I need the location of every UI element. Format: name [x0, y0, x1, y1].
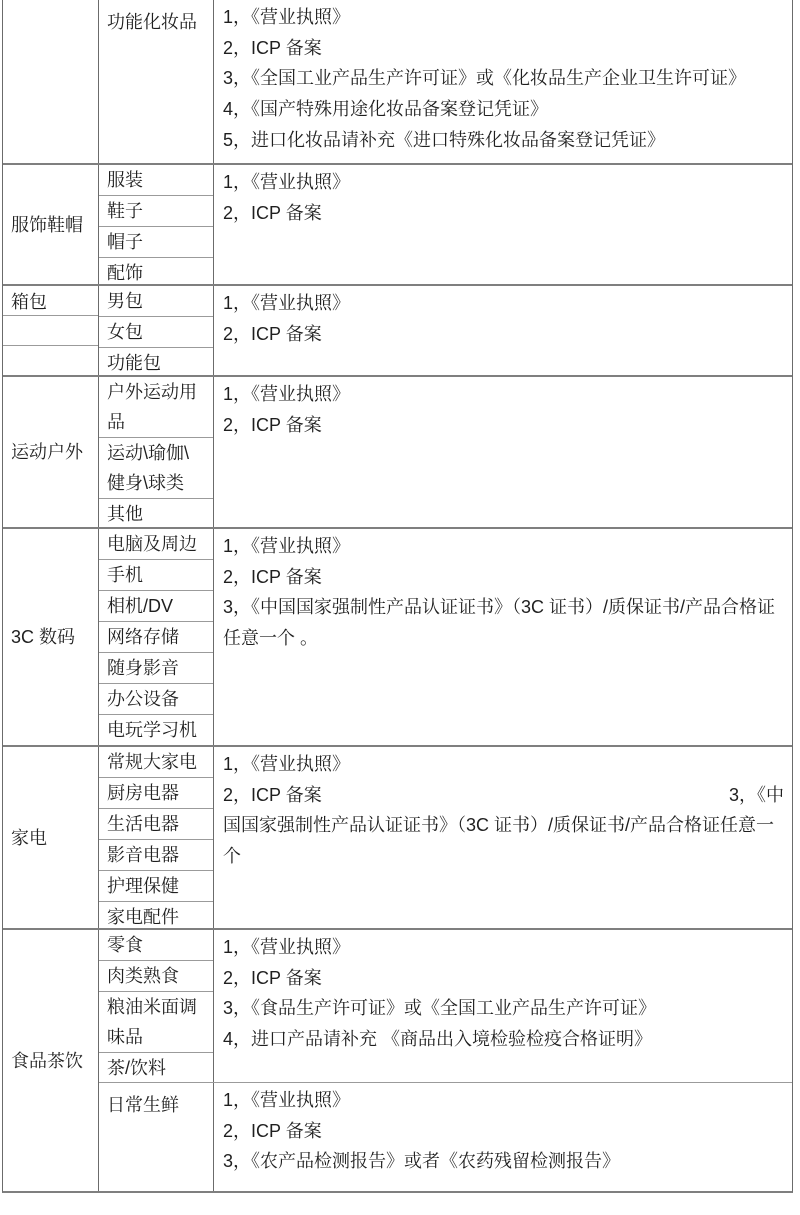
subcategory-label: 肉类熟食: [107, 961, 213, 991]
subcategory-label: 护理保健: [107, 871, 213, 901]
doc-line: 1，《营业执照》: [223, 531, 784, 562]
subcategory-cell: 功能化妆品: [99, 0, 213, 163]
category-label: 家电: [3, 826, 98, 850]
subcategory-label: 其他: [107, 499, 213, 529]
food-section-right-column: 零食 肉类熟食 粮油米面调 味品 茶/饮料 1，《营业执照》 2，ICP: [99, 930, 792, 1191]
doc-line: 1，《营业执照》: [223, 167, 784, 198]
subcategory-column: 日常生鲜: [99, 1083, 214, 1191]
subcategory-label: 手机: [107, 560, 213, 590]
subcategory-cell: 女包: [99, 317, 213, 348]
subcategory-cell: 配饰: [99, 258, 213, 288]
subcategory-label: 功能化妆品: [107, 7, 213, 37]
subcategory-label: 茶/饮料: [107, 1053, 213, 1083]
subcategory-label: 日常生鲜: [107, 1090, 213, 1120]
subcategory-cell: 日常生鲜: [99, 1083, 213, 1191]
subcategory-label: 健身\球类: [107, 468, 213, 498]
category-label: 3C 数码: [3, 625, 98, 649]
doc-line: 2，ICP 备案: [223, 1116, 784, 1147]
doc-line: 2，ICP 备案: [223, 198, 784, 229]
section-cosmetics: 功能化妆品 1，《营业执照》 2，ICP 备案 3，《全国工业产品生产许可证》或…: [3, 0, 792, 163]
doc-line: 任意一个 。: [223, 623, 784, 654]
doc-line: 2，ICP 备案: [223, 33, 784, 64]
subcategory-label: 帽子: [107, 227, 213, 257]
category-cell-group: 箱包: [3, 286, 99, 375]
subcategory-label: 运动\瑜伽\: [107, 438, 213, 468]
category-label: 服饰鞋帽: [3, 213, 98, 237]
subcategory-cell: 常规大家电: [99, 747, 213, 778]
doc-line: 1，《营业执照》: [223, 932, 784, 963]
category-cell: 3C 数码: [3, 529, 99, 745]
category-label: 箱包: [3, 286, 98, 316]
subcategory-column: 男包 女包 功能包: [99, 286, 214, 375]
doc-line-right: 3，《中: [729, 780, 784, 811]
docs-cell: 1，《营业执照》 2，ICP 备案 3，《全国工业产品生产许可证》或《化妆品生产…: [214, 0, 792, 163]
doc-line: 4，《国产特殊用途化妆品备案登记凭证》: [223, 94, 784, 125]
subcategory-label: 配饰: [107, 258, 213, 288]
subcategory-cell: 肉类熟食: [99, 961, 213, 992]
doc-line: 个: [223, 841, 784, 872]
doc-line: 2，ICP 备案: [223, 562, 784, 593]
subcategory-label: 男包: [107, 286, 213, 316]
subcategory-cell: 护理保健: [99, 871, 213, 902]
docs-cell: 1，《营业执照》 2，ICP 备案: [214, 286, 792, 375]
subcategory-column: 电脑及周边 手机 相机/DV 网络存储 随身影音 办公设备 电玩学习机: [99, 529, 214, 745]
subcategory-column: 零食 肉类熟食 粮油米面调 味品 茶/饮料: [99, 930, 214, 1082]
docs-cell: 1，《营业执照》 2，ICP 备案 3，《农产品检测报告》或者《农药残留检测报告…: [214, 1083, 792, 1191]
doc-line: 1，《营业执照》: [223, 1085, 784, 1116]
subcategory-label: 厨房电器: [107, 778, 213, 808]
subcategory-label: 服装: [107, 165, 213, 195]
doc-line: 3，《食品生产许可证》或《全国工业产品生产许可证》: [223, 993, 784, 1024]
subcategory-cell: 功能包: [99, 348, 213, 378]
docs-cell: 1，《营业执照》 2，ICP 备案 3，《食品生产许可证》或《全国工业产品生产许…: [214, 930, 792, 1082]
subcategory-cell: 电脑及周边: [99, 529, 213, 560]
subcategory-column: 常规大家电 厨房电器 生活电器 影音电器 护理保健 家电配件: [99, 747, 214, 928]
section-sports-outdoor: 运动户外 户外运动用 品 运动\瑜伽\ 健身\球类 其他 1，《营业执照》 2，…: [3, 375, 792, 527]
doc-line: 2，ICP 备案 3，《中: [223, 780, 784, 811]
category-label: 运动户外: [3, 440, 98, 464]
subcategory-label: 零食: [107, 930, 213, 960]
section-appliances: 家电 常规大家电 厨房电器 生活电器 影音电器 护理保健 家电配件 1，《营业执…: [3, 745, 792, 928]
doc-line: 1，《营业执照》: [223, 379, 784, 410]
subcategory-cell: 运动\瑜伽\ 健身\球类: [99, 438, 213, 499]
doc-line: 2，ICP 备案: [223, 963, 784, 994]
subcategory-cell: 粮油米面调 味品: [99, 992, 213, 1053]
category-cell: 运动户外: [3, 377, 99, 527]
subcategory-label: 网络存储: [107, 622, 213, 652]
doc-line: 1，《营业执照》: [223, 749, 784, 780]
section-3c-digital: 3C 数码 电脑及周边 手机 相机/DV 网络存储 随身影音 办公设备 电玩学习…: [3, 527, 792, 745]
doc-line: 2，ICP 备案: [223, 410, 784, 441]
subcategory-label: 女包: [107, 317, 213, 347]
section-food-beverage: 食品茶饮 零食 肉类熟食 粮油米面调 味品 茶/饮料: [3, 928, 792, 1191]
docs-cell: 1，《营业执照》 2，ICP 备案 3，《中 国国家强制性产品认证证书》（3C …: [214, 747, 792, 928]
subcategory-label: 相机/DV: [107, 591, 213, 621]
subcategory-cell: 鞋子: [99, 196, 213, 227]
subcategory-column: 功能化妆品: [99, 0, 214, 163]
subcategory-cell: 茶/饮料: [99, 1053, 213, 1083]
subcategory-cell: 影音电器: [99, 840, 213, 871]
category-cell-empty: [3, 346, 98, 375]
category-cell: 家电: [3, 747, 99, 928]
doc-line: 4，进口产品请补充 《商品出入境检验检疫合格证明》: [223, 1024, 784, 1055]
subcategory-cell: 电玩学习机: [99, 715, 213, 745]
category-cell-empty: [3, 0, 99, 163]
subcategory-cell: 其他: [99, 499, 213, 529]
subcategory-label: 功能包: [107, 348, 213, 378]
doc-line: 3，《全国工业产品生产许可证》或《化妆品生产企业卫生许可证》: [223, 63, 784, 94]
subcategory-label: 家电配件: [107, 902, 213, 932]
category-cell-empty: [3, 316, 98, 346]
section-apparel: 服饰鞋帽 服装 鞋子 帽子 配饰 1，《营业执照》 2，ICP 备案: [3, 163, 792, 284]
subcategory-cell: 帽子: [99, 227, 213, 258]
subcategory-label: 办公设备: [107, 684, 213, 714]
food-group-packaged: 零食 肉类熟食 粮油米面调 味品 茶/饮料 1，《营业执照》 2，ICP: [99, 930, 792, 1082]
doc-line: 3，《农产品检测报告》或者《农药残留检测报告》: [223, 1146, 784, 1177]
doc-line: 1，《营业执照》: [223, 288, 784, 319]
subcategory-cell: 随身影音: [99, 653, 213, 684]
docs-cell: 1，《营业执照》 2，ICP 备案: [214, 165, 792, 284]
subcategory-label: 影音电器: [107, 840, 213, 870]
subcategory-label: 鞋子: [107, 196, 213, 226]
subcategory-label: 电脑及周边: [107, 529, 213, 559]
subcategory-cell: 网络存储: [99, 622, 213, 653]
subcategory-label: 粮油米面调: [107, 992, 213, 1022]
subcategory-cell: 厨房电器: [99, 778, 213, 809]
subcategory-cell: 服装: [99, 165, 213, 196]
doc-line: 2，ICP 备案: [223, 319, 784, 350]
doc-line: 5，进口化妆品请补充《进口特殊化妆品备案登记凭证》: [223, 125, 784, 156]
subcategory-cell: 家电配件: [99, 902, 213, 932]
category-cell: 服饰鞋帽: [3, 165, 99, 284]
doc-line: 1，《营业执照》: [223, 2, 784, 33]
subcategory-cell: 手机: [99, 560, 213, 591]
subcategory-cell: 户外运动用 品: [99, 377, 213, 438]
subcategory-label: 电玩学习机: [107, 715, 213, 745]
docs-cell: 1，《营业执照》 2，ICP 备案: [214, 377, 792, 527]
subcategory-label: 味品: [107, 1022, 213, 1052]
doc-line: 国国家强制性产品认证证书》（3C 证书）/质保证书/产品合格证任意一: [223, 810, 784, 841]
section-bags: 箱包 男包 女包 功能包 1，《营业执照》 2，ICP 备案: [3, 284, 792, 375]
subcategory-column: 服装 鞋子 帽子 配饰: [99, 165, 214, 284]
subcategory-label: 生活电器: [107, 809, 213, 839]
subcategory-cell: 男包: [99, 286, 213, 317]
subcategory-cell: 生活电器: [99, 809, 213, 840]
doc-line: 3，《中国国家强制性产品认证证书》（3C 证书）/质保证书/产品合格证: [223, 592, 784, 623]
doc-line-left: 2，ICP 备案: [223, 780, 322, 811]
food-group-fresh: 日常生鲜 1，《营业执照》 2，ICP 备案 3，《农产品检测报告》或者《农药残…: [99, 1082, 792, 1191]
category-cell: 食品茶饮: [3, 930, 99, 1191]
subcategory-label: 品: [107, 407, 213, 437]
docs-cell: 1，《营业执照》 2，ICP 备案 3，《中国国家强制性产品认证证书》（3C 证…: [214, 529, 792, 745]
category-label: 食品茶饮: [3, 1049, 98, 1073]
subcategory-label: 常规大家电: [107, 747, 213, 777]
subcategory-label: 户外运动用: [107, 377, 213, 407]
subcategory-cell: 办公设备: [99, 684, 213, 715]
subcategory-column: 户外运动用 品 运动\瑜伽\ 健身\球类 其他: [99, 377, 214, 527]
subcategory-cell: 相机/DV: [99, 591, 213, 622]
subcategory-label: 随身影音: [107, 653, 213, 683]
subcategory-cell: 零食: [99, 930, 213, 961]
category-qualification-table: 功能化妆品 1，《营业执照》 2，ICP 备案 3，《全国工业产品生产许可证》或…: [2, 0, 793, 1193]
